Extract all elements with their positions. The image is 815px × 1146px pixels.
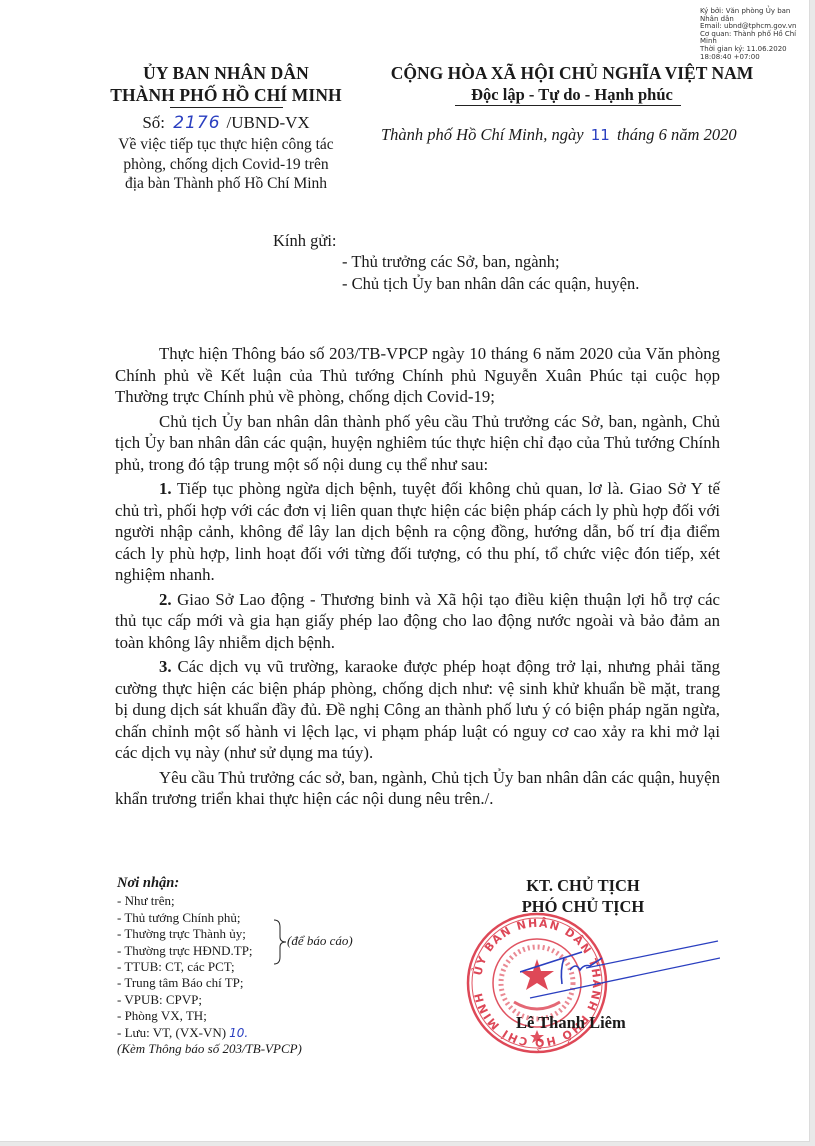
signed-by: Ký bởi: Văn phòng Ủy ban Nhân dân xyxy=(700,8,809,23)
addressee-item: - Chủ tịch Ủy ban nhân dân các quận, huy… xyxy=(342,273,639,295)
subject-line: Về việc tiếp tục thực hiện công tác xyxy=(84,135,368,155)
recipient-item-archive: - Lưu: VT, (VX-VN)10. xyxy=(117,1025,302,1041)
nation-name: CỘNG HÒA XÃ HỘI CHỦ NGHĨA VIỆT NAM xyxy=(372,62,772,84)
motto-underline xyxy=(455,105,681,106)
body-paragraph-item-1: 1. Tiếp tục phòng ngừa dịch bệnh, tuyệt … xyxy=(115,478,720,586)
signer-agency: Cơ quan: Thành phố Hồ Chí Minh xyxy=(700,31,809,46)
document-number: Số: 2176/UBND-VX xyxy=(84,111,368,135)
number-suffix: /UBND-VX xyxy=(227,113,310,132)
report-note: (để báo cáo) xyxy=(287,933,353,949)
body-paragraph-closing: Yêu cầu Thủ trưởng các sở, ban, ngành, C… xyxy=(115,767,720,810)
document-body: Thực hiện Thông báo số 203/TB-VPCP ngày … xyxy=(115,343,720,813)
body-paragraph: Chủ tịch Ủy ban nhân dân thành phố yêu c… xyxy=(115,411,720,476)
body-paragraph-item-2: 2. Giao Sở Lao động - Thương binh và Xã … xyxy=(115,589,720,654)
brace-icon xyxy=(273,919,287,965)
document-page: Ký bởi: Văn phòng Ủy ban Nhân dân Email:… xyxy=(0,0,810,1142)
subject-line: phòng, chống dịch Covid-19 trên xyxy=(84,155,368,175)
issuing-authority-header: ỦY BAN NHÂN DÂN THÀNH PHỐ HỒ CHÍ MINH Số… xyxy=(84,62,368,194)
signature-block: KT. CHỦ TỊCH PHÓ CHỦ TỊCH xyxy=(468,875,698,917)
org-name-line2: THÀNH PHỐ HỒ CHÍ MINH xyxy=(84,84,368,106)
handwritten-day: 11 xyxy=(588,126,613,144)
place-date-suffix: tháng 6 năm 2020 xyxy=(617,125,737,144)
recipient-item: - VPUB: CPVP; xyxy=(117,992,302,1008)
digital-signature-info: Ký bởi: Văn phòng Ủy ban Nhân dân Email:… xyxy=(700,8,809,61)
addressee-label: Kính gửi: xyxy=(273,231,337,251)
place-date-prefix: Thành phố Hồ Chí Minh, ngày xyxy=(381,125,584,144)
signer-name: Lê Thanh Liêm xyxy=(516,1013,626,1033)
recipients-block: Nơi nhận: - Như trên; - Thủ tướng Chính … xyxy=(117,875,302,1057)
body-paragraph: Thực hiện Thông báo số 203/TB-VPCP ngày … xyxy=(115,343,720,408)
recipient-item: - Trung tâm Báo chí TP; xyxy=(117,975,302,991)
handwritten-signature-icon xyxy=(520,940,720,1000)
document-subject: Về việc tiếp tục thực hiện công tác phòn… xyxy=(84,135,368,194)
body-paragraph-item-3: 3. Các dịch vụ vũ trường, karaoke được p… xyxy=(115,656,720,764)
addressee-list: - Thủ trưởng các Sở, ban, ngành; - Chủ t… xyxy=(342,251,639,295)
recipient-item: - Phòng VX, TH; xyxy=(117,1008,302,1024)
signature-title-line1: KT. CHỦ TỊCH xyxy=(468,875,698,896)
recipient-item: - Như trên; xyxy=(117,893,302,909)
signature-title-line2: PHÓ CHỦ TỊCH xyxy=(468,896,698,917)
handwritten-number: 2176 xyxy=(169,113,226,133)
handwritten-copies: 10. xyxy=(226,1026,248,1040)
national-motto: Độc lập - Tự do - Hạnh phúc xyxy=(471,84,673,106)
national-header: CỘNG HÒA XÃ HỘI CHỦ NGHĨA VIỆT NAM Độc l… xyxy=(372,62,772,106)
attachment-note: (Kèm Thông báo số 203/TB-VPCP) xyxy=(117,1041,302,1057)
subject-line: địa bàn Thành phố Hồ Chí Minh xyxy=(84,174,368,194)
number-prefix: Số: xyxy=(142,113,165,132)
addressee-item: - Thủ trưởng các Sở, ban, ngành; xyxy=(342,251,639,273)
signed-time: Thời gian ký: 11.06.2020 18:08:40 +07:00 xyxy=(700,46,809,61)
org-underline xyxy=(170,107,283,108)
org-name-line1: ỦY BAN NHÂN DÂN xyxy=(84,62,368,84)
place-and-date: Thành phố Hồ Chí Minh, ngày 11 tháng 6 n… xyxy=(381,125,737,145)
recipients-title: Nơi nhận: xyxy=(117,875,302,891)
